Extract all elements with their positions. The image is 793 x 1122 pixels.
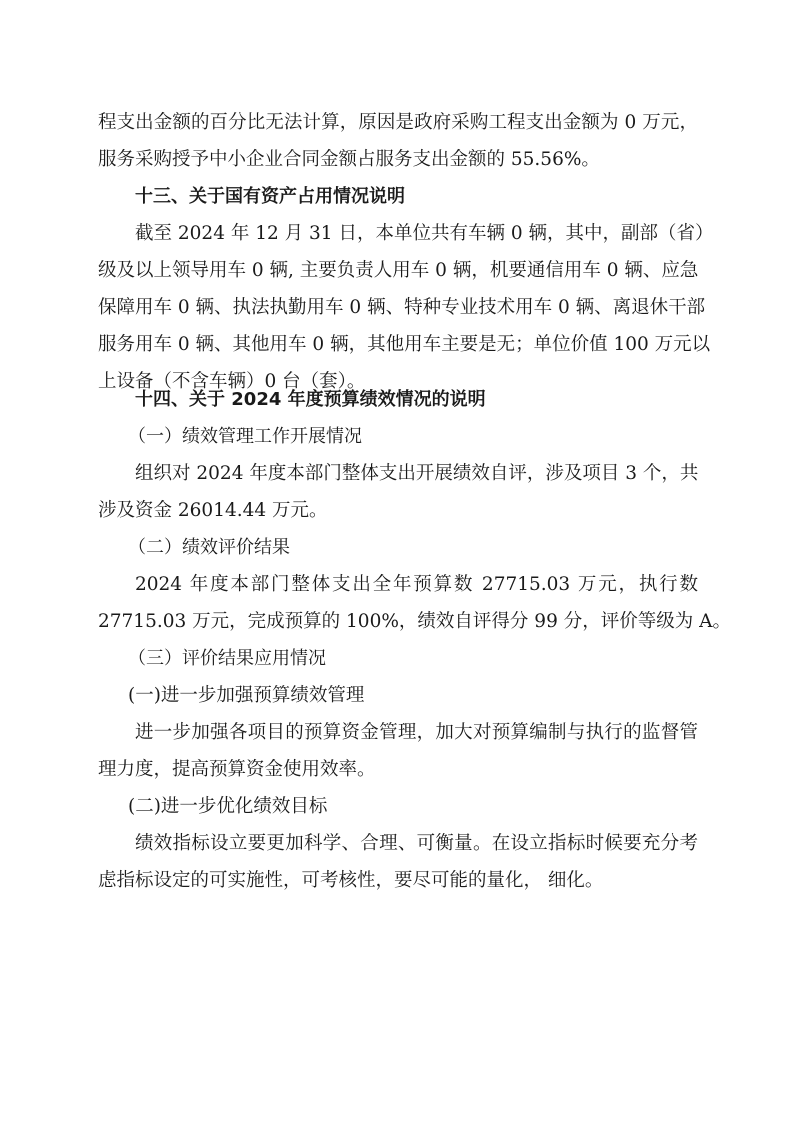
body-text-line: 27715.03 万元，完成预算的 100%，绩效自评得分 99 分，评价等级为…: [98, 603, 698, 640]
body-text-line: 保障用车 0 辆、执法执勤用车 0 辆、特种专业技术用车 0 辆、离退休干部: [98, 289, 698, 326]
section-heading-14: 十四、关于 2024 年度预算绩效情况的说明: [135, 381, 698, 418]
body-text-line: 虑指标设定的可实施性，可考核性，要尽可能的量化， 细化。: [98, 862, 698, 899]
subsection-heading-performance-management: （一）绩效管理工作开展情况: [128, 418, 698, 455]
body-text-line: 截至 2024 年 12 月 31 日，本单位共有车辆 0 辆，其中，副部（省）: [135, 215, 698, 252]
body-text-line: 级及以上领导用车 0 辆, 主要负责人用车 0 辆，机要通信用车 0 辆、应急: [98, 252, 698, 289]
body-text-line: 涉及资金 26014.44 万元。: [98, 492, 698, 529]
item-title-strengthen-management: (一)进一步加强预算绩效管理: [128, 677, 698, 714]
body-text-line: 理力度，提高预算资金使用效率。: [98, 751, 698, 788]
subsection-heading-evaluation-results: （二）绩效评价结果: [128, 529, 698, 566]
section-heading-13: 十三、关于国有资产占用情况说明: [135, 178, 698, 215]
item-title-optimize-goals: (二)进一步优化绩效目标: [128, 788, 698, 825]
body-text-line: 进一步加强各项目的预算资金管理，加大对预算编制与执行的监督管: [135, 714, 698, 751]
subsection-heading-results-application: （三）评价结果应用情况: [128, 640, 698, 677]
body-text-line: 程支出金额的百分比无法计算，原因是政府采购工程支出金额为 0 万元，: [98, 104, 698, 141]
body-text-line: 服务采购授予中小企业合同金额占服务支出金额的 55.56%。: [98, 141, 698, 178]
body-text-line: 2024 年度本部门整体支出全年预算数 27715.03 万元，执行数: [135, 566, 698, 603]
body-text-line: 组织对 2024 年度本部门整体支出开展绩效自评，涉及项目 3 个，共: [135, 455, 698, 492]
document-page: 程支出金额的百分比无法计算，原因是政府采购工程支出金额为 0 万元， 服务采购授…: [0, 0, 793, 1122]
body-text-line: 服务用车 0 辆、其他用车 0 辆，其他用车主要是无；单位价值 100 万元以: [98, 326, 698, 363]
body-text-line: 绩效指标设立要更加科学、合理、可衡量。在设立指标时候要充分考: [135, 825, 698, 862]
